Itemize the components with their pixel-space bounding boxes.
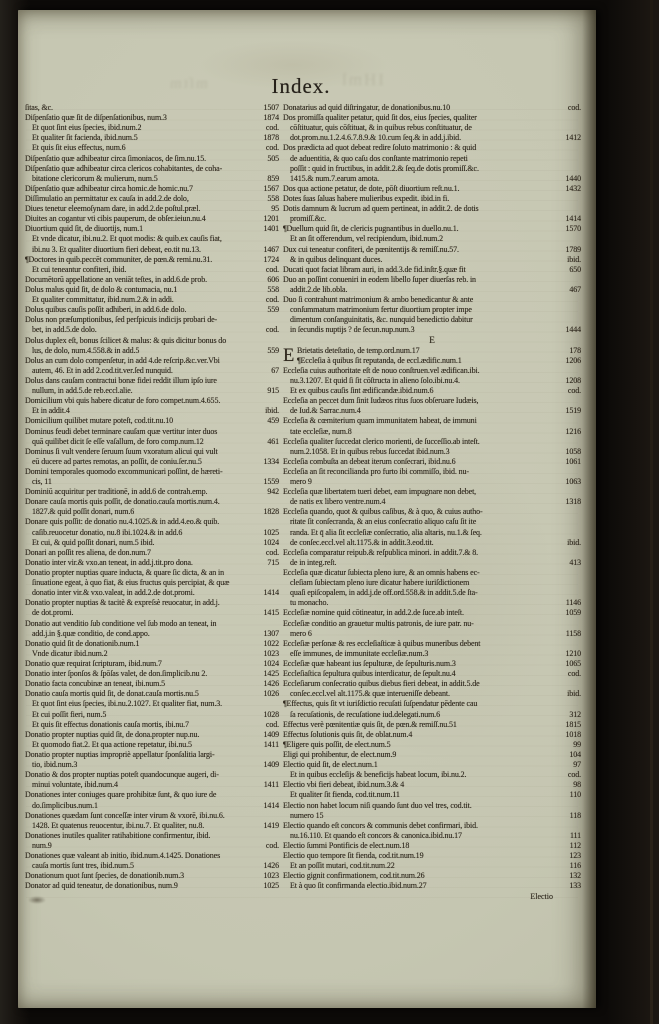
entry-page: 1414	[260, 588, 279, 598]
index-line: Eccleſia an peccet dum ſinit Iudæos ritu…	[283, 396, 581, 406]
entry-page: 112	[567, 841, 581, 851]
entry-page: 915	[264, 386, 279, 396]
entry-page: cod.	[565, 386, 581, 396]
entry-page: 133	[566, 881, 581, 891]
index-line: Donatio facta concubinæ an teneat, ibi.n…	[25, 679, 279, 689]
entry-page: 1018	[562, 730, 581, 740]
index-columns: ſitas, &c.1507Diſpenſatio quæ ſit de diſ…	[25, 103, 581, 902]
index-line: 1415.& num.7.earum amota.1440	[283, 174, 581, 184]
entry-text: Et quot ſint eius ſpecies, ibi.nu.2.1027…	[25, 699, 276, 709]
index-line: promiſſ.&c.1414	[283, 214, 581, 224]
entry-page: 67	[268, 366, 279, 376]
index-line: num.2.1058. Et in quibus rebus ſuccedat …	[283, 447, 581, 457]
entry-text: Dominus feudi debet terminare cauſam quæ…	[25, 427, 276, 437]
index-line: Eccleſia quæ libertatem tueri debet, eam…	[283, 487, 581, 497]
entry-page: 97	[570, 760, 581, 770]
index-line: numero 15118	[283, 811, 581, 821]
entry-page: 1216	[562, 427, 581, 437]
entry-text: add.j.in §.quæ conditio, de cond.appo.	[25, 629, 260, 639]
entry-text: ¶Doctores in quib.peccēt communiter, de …	[25, 255, 260, 265]
entry-text: Electio quid ſit, de elect.num.1	[283, 760, 570, 770]
index-line: Electio vbi fieri debeat, ibid.num.3.& 4…	[283, 780, 581, 790]
index-line: Electio quid ſit, de elect.num.197	[283, 760, 581, 770]
entry-page: 859	[264, 174, 279, 184]
index-line: ¶Duellum quid ſit, de clericis pugnantib…	[283, 224, 581, 234]
entry-text: Diuortium quid ſit, de diuortijs, num.1	[25, 224, 260, 234]
entry-page: 1318	[562, 497, 581, 507]
entry-text: Electio quando eſt concors & communis de…	[283, 821, 578, 831]
entry-text: Donator ad quid teneatur, de donationibu…	[25, 881, 260, 891]
entry-text: Eccleſia comparatur reipub.& reſpublica …	[283, 548, 578, 558]
entry-page: 558	[264, 285, 279, 295]
entry-text: Eccleſia quando, quot & quibus caſibus, …	[283, 507, 578, 517]
entry-text: 1827.& quid poſſit donari, num.6	[25, 507, 260, 517]
entry-text: Dominiū acquiritur per traditionē, in ad…	[25, 487, 264, 497]
entry-text: Effectus verè pœnitentiæ quis ſit, de pœ…	[283, 720, 562, 730]
index-line: de in integ.reſt.413	[283, 558, 581, 568]
index-line: Dos qua actione petatur, de dote, pōſt d…	[283, 184, 581, 194]
index-line: de Iud.& Sarrac.num.41519	[283, 406, 581, 416]
index-line: quaſi epiſcopalem, in add.j.de off.ord.5…	[283, 588, 581, 598]
index-line: de dot.promi.1415	[25, 608, 279, 618]
entry-text: Dolus non præſumptionibus, ſed perſpicui…	[25, 315, 276, 325]
entry-text: Dominus ſi vult vendere ſeruum ſuum vxor…	[25, 447, 276, 457]
index-line: Diſſimulatio an permittatur ex cauſa in …	[25, 194, 279, 204]
index-line: Eccleſiaſtica ſepultura quibus interdica…	[283, 669, 581, 679]
index-line: Et quot ſint eius ſpecies, ibid.num.2cod…	[25, 123, 279, 133]
index-line: Diuortium quid ſit, de diuortijs, num.11…	[25, 224, 279, 234]
entry-page: 459	[264, 416, 279, 426]
entry-page: 1828	[260, 507, 279, 517]
ink-smudge	[28, 896, 46, 904]
entry-text: num.2.1058. Et in quibus rebus ſuccedat …	[283, 447, 562, 457]
index-line: ſitas, &c.1507	[25, 103, 279, 113]
entry-text: Domicilium quilibet mutare poteſt, cod.t…	[25, 416, 264, 426]
index-line: Electio quando eſt concors & communis de…	[283, 821, 581, 831]
index-line: Donatio propter nuptias impropriè appell…	[25, 750, 279, 760]
entry-text: bitatione clericorum & mulierum, num.5	[25, 174, 264, 184]
entry-page: 1201	[260, 214, 279, 224]
entry-text: Donatio facta concubinæ an teneat, ibi.n…	[25, 679, 260, 689]
index-line: Donatio propter nuptias & tacitè & expre…	[25, 598, 279, 608]
index-line: Et an poſſit mutari, cod.tit.num.22116	[283, 861, 581, 871]
entry-text: ¶Eccleſia à quibus ſit reputanda, de ecc…	[297, 356, 562, 366]
entry-page: 1559	[260, 477, 279, 487]
entry-text: dimentum conſanguinitatis, &c. nunquid b…	[283, 315, 578, 325]
entry-page: 715	[264, 558, 279, 568]
index-line: Eccleſiæ nomine quid cōtineatur, in add.…	[283, 608, 581, 618]
index-line: Duo an poſſint conueniri in eodem libell…	[283, 275, 581, 285]
index-line: randa. Et q̄ alia ſit eccleſiæ conſecrat…	[283, 528, 581, 538]
entry-text: Vnde dicatur ibid.num.2	[25, 649, 260, 659]
entry-text: quā quilibet dicit ſe eſſe vaſallum, de …	[25, 437, 264, 447]
index-line: Et ex quibus cauſis ſint ædificandæ.ibid…	[283, 386, 581, 396]
entry-text: Electio gignit confirmationem, cod.tit.n…	[283, 871, 566, 881]
entry-text: Et in quibus eccleſijs & beneficijs habe…	[283, 770, 565, 780]
index-line: Eligi qui prohibentur, de elect.num.9104	[283, 750, 581, 760]
entry-text: Eligi qui prohibentur, de elect.num.9	[283, 750, 566, 760]
index-line: addit.2.de lib.obla.467	[283, 285, 581, 295]
index-line: mero 61158	[283, 629, 581, 639]
index-line: cis, 111559	[25, 477, 279, 487]
entry-page: 1026	[260, 689, 279, 699]
index-column-left: ſitas, &c.1507Diſpenſatio quæ ſit de diſ…	[25, 103, 279, 902]
entry-text: Dux cui teneatur confiteri, de pœnitenti…	[283, 245, 562, 255]
entry-page: 1874	[260, 113, 279, 123]
entry-page: 99	[570, 740, 581, 750]
entry-page: cod.	[263, 720, 279, 730]
entry-page: 1025	[260, 528, 279, 538]
index-line: Diſpenſatio quæ adhibeatur circa ſimonia…	[25, 154, 279, 164]
index-line: lus, de dolo, num.4.558.& in add.5559	[25, 346, 279, 356]
entry-text: cauſa mortis ſunt tres, ibid.num.5	[25, 861, 260, 871]
entry-page: 1570	[562, 224, 581, 234]
index-line: Dolus an cum dolo compenſetur, in add 4.…	[25, 356, 279, 366]
entry-text: de aduentitia, & quo caſu dos conſtante …	[283, 154, 578, 164]
entry-text: Et an poſſit mutari, cod.tit.num.22	[283, 861, 567, 871]
entry-text: Diſpenſatio quæ adhibeatur circa ſimonia…	[25, 154, 264, 164]
index-line: Donatio & dos propter nuptias poteſt qua…	[25, 770, 279, 780]
index-line: bitatione clericorum & mulierum, num.585…	[25, 174, 279, 184]
entry-text: caſib.reuocetur donatio, nu.8 ibi.1024.&…	[25, 528, 260, 538]
entry-page: 1426	[260, 861, 279, 871]
entry-page: 1023	[260, 649, 279, 659]
index-line: Donatio propter nuptias quid ſit, de don…	[25, 730, 279, 740]
index-line: conſummatum matrimonium fertur diuortium…	[283, 305, 581, 315]
entry-text: do.ſimplicibus.num.1	[25, 801, 260, 811]
entry-page: 1401	[260, 224, 279, 234]
entry-text: in ſecundis nuptijs ? de ſecun.nup.num.3	[283, 325, 562, 335]
entry-page: 95	[268, 204, 279, 214]
index-line: de natis ex libero ventre.num.41318	[283, 497, 581, 507]
entry-text: Electio non habet locum niſi quando ſunt…	[283, 801, 578, 811]
entry-text: bet, in add.5.de dolo.	[25, 325, 263, 335]
entry-text: Electio ſummi Pontificis de elect.num.18	[283, 841, 567, 851]
entry-text: Donare cauſa mortis quis poſſit, de dona…	[25, 497, 276, 507]
entry-page: 1789	[562, 245, 581, 255]
index-line: Dotis damnum & lucrum ad quem pertineat,…	[283, 204, 581, 214]
entry-text: 1428. Et quatenus reuocentur, ibi.nu.7. …	[25, 821, 260, 831]
entry-page: 559	[264, 305, 279, 315]
entry-text: Et quomodo fiat.2. Et qua actione repeta…	[25, 740, 261, 750]
entry-text: Et quis ſit eius effectus, num.6	[25, 143, 263, 153]
entry-page: 1425	[260, 669, 279, 679]
index-line: 1827.& quid poſſit donari, num.61828	[25, 507, 279, 517]
entry-text: Dotis damnum & lucrum ad quem pertineat,…	[283, 204, 578, 214]
index-line: Donationes quædam ſunt conceſſæ inter vi…	[25, 811, 279, 821]
index-line: Domicilium vbi quis habere dicatur de fo…	[25, 396, 279, 406]
dropcap-entry: EBrietatis deteſtatio, de temp.ord.num.1…	[283, 346, 581, 366]
entry-text: conſummatum matrimonium fertur diuortium…	[283, 305, 578, 315]
entry-text: Et qualiter committatur, ibid.num.2.& in…	[25, 295, 263, 305]
entry-page: 413	[566, 558, 581, 568]
entry-text: Dos qua actione petatur, de dote, pōſt d…	[283, 184, 562, 194]
index-line: Donare quis poſſit: de donatio nu.4.1025…	[25, 517, 279, 527]
index-line: Ducati quot faciat libram auri, in add.3…	[283, 265, 581, 275]
entry-page: 110	[567, 790, 581, 800]
entry-text: Effectus ſolutionis quis ſit, de oblat.n…	[283, 730, 562, 740]
entry-text: Dotes ſuas ſaluas habere mulieribus expe…	[283, 194, 578, 204]
catchword: Electio	[283, 892, 581, 902]
index-line: Duo ſi contrahunt matrimonium & ambo ben…	[283, 295, 581, 305]
entry-text: Donatio quæ requirat ſcripturam, ibid.nu…	[25, 659, 260, 669]
index-line: dot.prom.nu.1.2.4.6.7.8.9.& 10.cum ſeq.&…	[283, 133, 581, 143]
entry-text: promiſſ.&c.	[283, 214, 562, 224]
entry-text: num.9	[25, 841, 263, 851]
entry-page: 1519	[562, 406, 581, 416]
index-line: Et à quo ſit confirmanda electio.ibid.nu…	[283, 881, 581, 891]
index-line: Dolus dans cauſam contractui bonæ fidei …	[25, 376, 279, 386]
entry-page: 1065	[562, 659, 581, 669]
entry-page: 1059	[562, 608, 581, 618]
entry-page: cod.	[263, 325, 279, 335]
entry-page: 1061	[562, 457, 581, 467]
entry-text: Domicilium vbi quis habere dicatur de fo…	[25, 396, 276, 406]
entry-text: Eccleſiæ conditio an grauetur multis pat…	[283, 619, 578, 629]
entry-text: Dolus malus quid ſit, de dolo & contumac…	[25, 285, 264, 295]
index-line: Donatio propter nuptias quare inducta, &…	[25, 568, 279, 578]
entry-page: 98	[570, 780, 581, 790]
entry-text: Donationes inter coniuges quare prohibit…	[25, 790, 276, 800]
entry-page: 1444	[562, 325, 581, 335]
entry-text: Eccleſiæ perſonæ & res eccleſiaſticæ à q…	[283, 639, 578, 649]
page-title: Index.	[18, 74, 590, 99]
entry-text: tu monacho.	[283, 598, 563, 608]
entry-page: 1146	[563, 598, 581, 608]
entry-text: Eccleſia an ſit reconcilianda pro furto …	[283, 467, 578, 477]
entry-text: Donatio inter vir.& vxo.an teneat, in ad…	[25, 558, 264, 568]
entry-text: eū ducere ad partes remotas, an poſſit, …	[25, 457, 260, 467]
entry-text: nu.3.1207. Et quid ſi ſit cōſtructa in a…	[283, 376, 562, 386]
entry-text: ſitas, &c.	[25, 103, 260, 113]
entry-text: Donatio inter ſponſos & ſpōſas valet, de…	[25, 669, 260, 679]
entry-text: de dot.promi.	[25, 608, 260, 618]
index-line: nullum, in add.5.de reb.eccl.alie.915	[25, 386, 279, 396]
index-line: Eccleſia & cœmiterium quam immunitatem h…	[283, 416, 581, 426]
entry-text: Brietatis deteſtatio, de temp.ord.num.17	[297, 346, 566, 356]
entry-page: cod.	[565, 669, 581, 679]
entry-page: 467	[566, 285, 581, 295]
entry-text: Donationes quæ valeant ab initio, ibid.n…	[25, 851, 276, 861]
entry-page: 1419	[260, 821, 279, 831]
entry-page: cod.	[263, 548, 279, 558]
entry-page: 1210	[562, 649, 581, 659]
index-line: Et quot ſint eius ſpecies, ibi.nu.2.1027…	[25, 699, 279, 709]
entry-text: nullum, in add.5.de reb.eccl.alie.	[25, 386, 264, 396]
entry-text: cōſtituatur, quis cōſtituat, & in quibus…	[283, 123, 578, 133]
index-line: Et cui teneantur confiteri, ibid.cod.	[25, 265, 279, 275]
index-line: Electio non habet locum niſi quando ſunt…	[283, 801, 581, 811]
index-line: nu.3.1207. Et quid ſi ſit cōſtructa in a…	[283, 376, 581, 386]
index-line: de conſec.eccl.vel alt.1175.& in addit.3…	[283, 538, 581, 548]
index-line: Eccleſiæ perſonæ & res eccleſiaſticæ à q…	[283, 639, 581, 649]
entry-text: Donationes quædam ſunt conceſſæ inter vi…	[25, 811, 276, 821]
entry-text: Duo ſi contrahunt matrimonium & ambo ben…	[283, 295, 578, 305]
index-line: & in quibus delinquant duces.ibid.	[283, 255, 581, 265]
entry-text: Eccleſia cuius authoritate eſt de nouo c…	[283, 366, 578, 376]
index-line: Vnde dicatur ibid.num.21023	[25, 649, 279, 659]
entry-text: cis, 11	[25, 477, 260, 487]
entry-page: 1815	[562, 720, 581, 730]
index-line: Et qualiter ſit facienda, ibid.num.51878	[25, 133, 279, 143]
index-line: bet, in add.5.de dolo.cod.	[25, 325, 279, 335]
entry-text: Diſpenſatio quæ adhibeatur circa clerico…	[25, 164, 276, 174]
index-line: ibi.nu 3. Et qualiter diuortium fieri de…	[25, 245, 279, 255]
entry-page: 1206	[562, 356, 581, 366]
entry-page: 942	[264, 487, 279, 497]
entry-page: 505	[264, 154, 279, 164]
index-line: Eccleſiarum conſecratio quibus diebus fi…	[283, 679, 581, 689]
entry-page: 1467	[260, 245, 279, 255]
entry-text: Donatio & dos propter nuptias poteſt qua…	[25, 770, 276, 780]
index-line: Et in addit.4ibid.	[25, 406, 279, 416]
entry-page: 1415	[260, 608, 279, 618]
index-line: Et vnde dicatur, ibi.nu.2. Et quot modis…	[25, 234, 279, 244]
entry-text: Et quot ſint eius ſpecies, ibid.num.2	[25, 123, 263, 133]
entry-page: 1440	[562, 174, 581, 184]
index-line: Donatio inter vir.& vxo.an teneat, in ad…	[25, 558, 279, 568]
entry-text: Et in addit.4	[25, 406, 262, 416]
entry-text: tio, ibid.num.3	[25, 760, 260, 770]
entry-text: Eccleſia & cœmiterium quam immunitatem h…	[283, 416, 578, 426]
entry-page: 1028	[260, 710, 279, 720]
index-line: Effectus ſolutionis quis ſit, de oblat.n…	[283, 730, 581, 740]
index-line: Eccleſia an ſit reconcilianda pro furto …	[283, 467, 581, 477]
entry-page: 1414	[562, 214, 581, 224]
index-line: Dos promiſſa qualiter petatur, quid ſit …	[283, 113, 581, 123]
index-column-right: Donatarius ad quid diſtringatur, de dona…	[283, 103, 581, 902]
index-line: Donationum quot ſunt ſpecies, de donatio…	[25, 871, 279, 881]
index-line: Eccleſia quæ dicatur ſubiecta pleno iure…	[283, 568, 581, 578]
entry-text: Eccleſiaſtica ſepultura quibus interdica…	[283, 669, 565, 679]
entry-page: 1567	[260, 184, 279, 194]
entry-text: Donatio propter nuptias quid ſit, de don…	[25, 730, 260, 740]
entry-text: Dolus an cum dolo compenſetur, in add 4.…	[25, 356, 276, 366]
index-line: Dux cui teneatur confiteri, de pœnitenti…	[283, 245, 581, 255]
entry-text: nu.16.110. Et quando eſt concors & canon…	[283, 831, 567, 841]
entry-text: Et cui teneantur confiteri, ibid.	[25, 265, 263, 275]
index-line: Donari an poſſit res aliena, de don.num.…	[25, 548, 279, 558]
index-line: in ſecundis nuptijs ? de ſecun.nup.num.3…	[283, 325, 581, 335]
index-line: Dolus duplex eſt, bonus ſcilicet & malus…	[25, 336, 279, 346]
entry-text: tate eccleſiæ, num.8	[283, 427, 562, 437]
index-line: Donationes quæ valeant ab initio, ibid.n…	[25, 851, 279, 861]
index-line: Eccleſiæ conditio an grauetur multis pat…	[283, 619, 581, 629]
index-line: Dolus non præſumptionibus, ſed perſpicui…	[25, 315, 279, 325]
index-line: Domini temporales quomodo excommunicari …	[25, 467, 279, 477]
index-line: 1428. Et quatenus reuocentur, ibi.nu.7. …	[25, 821, 279, 831]
dropcap-letter: E	[283, 346, 297, 366]
index-line: ſinuatione egeat, à quo fiat, & eius fru…	[25, 578, 279, 588]
entry-text: ¶Eligere quis poſſit, de elect.num.5	[283, 740, 570, 750]
index-line: Dos prædicta ad quot debeat redire ſolut…	[283, 143, 581, 153]
entry-text: ritate ſit conſecranda, & an eius conſec…	[283, 517, 578, 527]
entry-page: cod.	[565, 103, 581, 113]
index-line: Donatarius ad quid diſtringatur, de dona…	[283, 103, 581, 113]
entry-text: Donatarius ad quid diſtringatur, de dona…	[283, 103, 565, 113]
index-line: Et qualiter committatur, ibid.num.2.& in…	[25, 295, 279, 305]
index-line: Documētorū appellatione an veniāt teſtes…	[25, 275, 279, 285]
index-line: Et quomodo fiat.2. Et qua actione repeta…	[25, 740, 279, 750]
index-line: tate eccleſiæ, num.81216	[283, 427, 581, 437]
index-line: Eccleſia cuius authoritate eſt de nouo c…	[283, 366, 581, 376]
index-line: quā quilibet dicit ſe eſſe vaſallum, de …	[25, 437, 279, 447]
entry-page: 1023	[260, 871, 279, 881]
entry-text: Donatio propter nuptias & tacitè & expre…	[25, 598, 276, 608]
entry-page: ibid.	[564, 255, 581, 265]
entry-text: ¶Effectus, quis ſit vt iuriſdictio recuſ…	[283, 699, 578, 709]
entry-page: cod.	[263, 295, 279, 305]
index-line: num.9cod.	[25, 841, 279, 851]
index-line: Eccleſia quando, quot & quibus caſibus, …	[283, 507, 581, 517]
entry-text: ſinuatione egeat, à quo fiat, & eius fru…	[25, 578, 276, 588]
entry-text: Donatio propter nuptias quare inducta, &…	[25, 568, 276, 578]
entry-text: lus, de dolo, num.4.558.& in add.5	[25, 346, 264, 356]
entry-text: conſec.eccl.vel alt.1175.& quæ interueni…	[283, 689, 564, 699]
index-line: Et qualiter ſit fienda, cod.tit.num.1111…	[283, 790, 581, 800]
entry-text: Donationes inutiles qualiter ratihabitio…	[25, 831, 276, 841]
index-line: add.j.in §.quæ conditio, de cond.appo.13…	[25, 629, 279, 639]
index-line: Dominus feudi debet terminare cauſam quæ…	[25, 427, 279, 437]
entry-page: 1334	[260, 457, 279, 467]
entry-page: 558	[264, 194, 279, 204]
index-line: nu.16.110. Et quando eſt concors & canon…	[283, 831, 581, 841]
index-line: donatio inter vir.& vxo.valeat, in add.2…	[25, 588, 279, 598]
entry-text: Et cui, & quid poſſit donari, num.5 ibid…	[25, 538, 260, 548]
entry-page: 1063	[562, 477, 581, 487]
entry-page: 559	[264, 346, 279, 356]
entry-text: Eccleſia quæ dicatur ſubiecta pleno iure…	[283, 568, 578, 578]
entry-text: Dos promiſſa qualiter petatur, quid ſit …	[283, 113, 578, 123]
index-line: cōſtituatur, quis cōſtituat, & in quibus…	[283, 123, 581, 133]
index-line: poſſit : quid in fructibus, in addit.2.&…	[283, 164, 581, 174]
index-line: cauſa mortis ſunt tres, ibid.num.51426	[25, 861, 279, 871]
entry-text: Dos prædicta ad quot debeat redire ſolut…	[283, 143, 578, 153]
entry-text: Domini temporales quomodo excommunicari …	[25, 467, 276, 477]
index-line: ¶Eligere quis poſſit, de elect.num.599	[283, 740, 581, 750]
entry-text: poſſit : quid in fructibus, in addit.2.&…	[283, 164, 578, 174]
entry-text: Diſpenſatio quæ ſit de diſpenſationibus,…	[25, 113, 260, 123]
entry-text: Electio quo tempore ſit fienda, cod.tit.…	[283, 851, 566, 861]
index-line: Dolus malus quid ſit, de dolo & contumac…	[25, 285, 279, 295]
entry-text: addit.2.de lib.obla.	[283, 285, 566, 295]
section-letter: E	[283, 336, 581, 346]
entry-text: Et qualiter ſit facienda, ibid.num.5	[25, 133, 260, 143]
index-line: ¶Effectus, quis ſit vt iuriſdictio recuſ…	[283, 699, 581, 709]
entry-text: ſa recuſationis, de recuſatione iud.dele…	[283, 710, 566, 720]
entry-text: minui voluntate, ibid.num.4	[25, 780, 261, 790]
entry-page: cod.	[263, 265, 279, 275]
index-line: ¶Eccleſia à quibus ſit reputanda, de ecc…	[297, 356, 581, 366]
index-line: ¶Doctores in quib.peccēt communiter, de …	[25, 255, 279, 265]
entry-text: Diſſimulatio an permittatur ex cauſa in …	[25, 194, 264, 204]
index-line: Donatio quæ requirat ſcripturam, ibid.nu…	[25, 659, 279, 669]
entry-text: Eccleſia qualiter ſuccedat clerico morie…	[283, 437, 578, 447]
entry-page: 1432	[562, 184, 581, 194]
entry-text: Et vnde dicatur, ibi.nu.2. Et quot modis…	[25, 234, 276, 244]
entry-text: Et quis ſit effectus donationis cauſa mo…	[25, 720, 263, 730]
entry-text: Diues tenetur eleemoſynam dare, in add.2…	[25, 204, 268, 214]
index-line: tio, ibid.num.31409	[25, 760, 279, 770]
entry-text: numero 15	[283, 811, 567, 821]
entry-text: Electio vbi fieri debeat, ibid.num.3.& 4	[283, 780, 570, 790]
entry-page: cod.	[565, 770, 581, 780]
index-line: Et quis ſit eius effectus, num.6cod.	[25, 143, 279, 153]
entry-text: eſſe immunes, de immunitate eccleſiæ.num…	[283, 649, 562, 659]
entry-text: de conſec.eccl.vel alt.1175.& in addit.3…	[283, 538, 564, 548]
entry-text: donatio inter vir.& vxo.valeat, in add.2…	[25, 588, 260, 598]
entry-page: 606	[264, 275, 279, 285]
